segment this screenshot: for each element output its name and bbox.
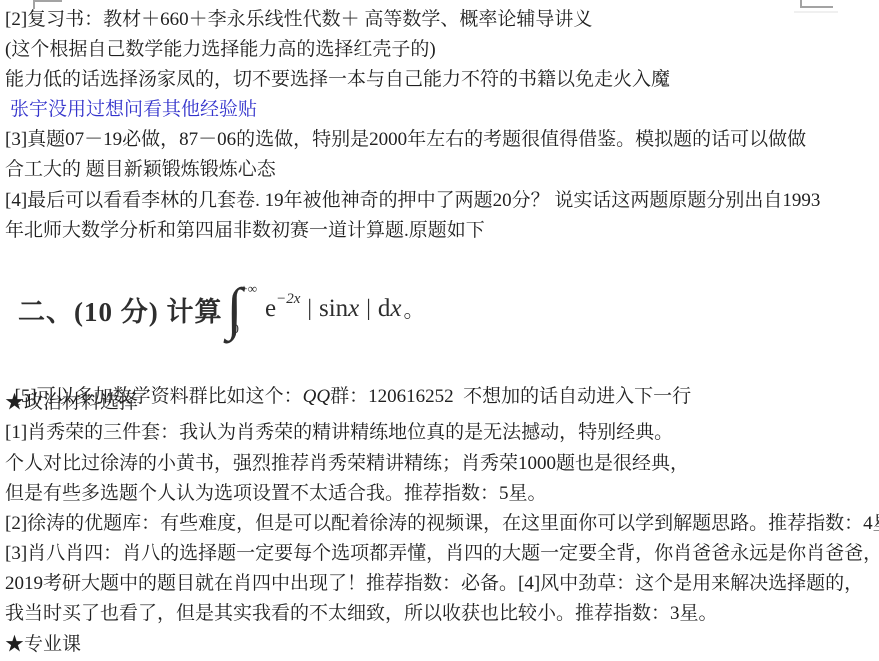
line-xutao-youtiku: [2]徐涛的优题库：有些难度，但是可以配着徐涛的视频课，在这里面你可以学到解题思… — [5, 512, 879, 536]
qq-line-qq: QQ — [303, 386, 330, 407]
section-major-course: ★专业课 — [5, 633, 81, 657]
sin-function: sin — [319, 295, 348, 323]
differential-variable: x — [390, 295, 401, 323]
integral-group: ∫ +∞ 0 — [226, 281, 257, 337]
section-politics-materials: ★政治材料选择 — [5, 391, 138, 415]
qq-line-post: 群：120616252 不想加的话自动进入下一行 — [330, 386, 691, 407]
math-formula-image: 二、(10 分) 计算 ∫ +∞ 0 e−2x | sinx | dx 。 — [18, 278, 425, 340]
link-zhangyu-experience[interactable]: 张宇没用过想问看其他经验贴 — [10, 98, 257, 122]
line-ability-advice: 能力低的话选择汤家凤的，切不要选择一本与自己能力不符的书籍以免走火入魔 — [5, 68, 670, 92]
line-lilin-papers: [4]最后可以看看李林的几套卷. 19年被他神奇的押中了两题20分？ 说实话这两… — [5, 189, 820, 213]
sin-variable: x — [348, 295, 359, 323]
abs-bar-right: | — [366, 295, 371, 321]
integral-limits: +∞ 0 — [240, 281, 257, 337]
textbox-corner-mark-right — [800, 0, 833, 8]
integral-upper-limit: +∞ — [240, 281, 257, 297]
faint-frame-line — [794, 11, 838, 13]
integrand-e: e — [265, 295, 276, 323]
differential-d: d — [378, 295, 391, 323]
integrand-exponent: −2x — [276, 291, 300, 308]
line-past-papers: [3]真题07－19必做，87－06的选做，特别是2000年左右的考题很值得借鉴… — [5, 128, 806, 152]
formula-period: 。 — [404, 294, 425, 324]
formula-problem-label: 二、(10 分) 计算 — [18, 290, 222, 329]
line-math-review-books: [2]复习书：教材＋660＋李永乐线性代数＋ 高等数学、概率论辅导讲义 — [5, 8, 592, 32]
line-fengzhongjincao-review: 我当时买了也看了，但是其实我看的不太细致，所以收获也比较小。推荐指数：3星。 — [5, 602, 718, 626]
line-xiaoxiurong-set: [1]肖秀荣的三件套：我认为肖秀荣的精讲精练地位真的是无法撼动，特别经典。 — [5, 421, 673, 445]
line-2019-fengzhongjincao: 2019考研大题中的题目就在肖四中出现了！推荐指数：必备。[4]风中劲草：这个是… — [5, 572, 863, 596]
integral-lower-limit: 0 — [232, 321, 257, 337]
formula-fragment-clipped: √x ＋ cosx — [248, 250, 428, 267]
line-origin-sources: 年北师大数学分析和第四届非数初赛一道计算题.原题如下 — [5, 219, 485, 243]
line-multi-choice-note: 但是有些多选题个人认为选项设置不太适合我。推荐指数：5星。 — [5, 482, 547, 506]
line-hgd-mock: 合工大的 题目新颖锻炼锻炼心态 — [5, 158, 276, 182]
abs-bar-left: | — [307, 295, 312, 321]
line-xiaohuangshu-compare: 个人对比过徐涛的小黄书，强烈推荐肖秀荣精讲精练；肖秀荣1000题也是很经典， — [5, 452, 689, 476]
line-xiaoba-xiaosi: [3]肖八肖四：肖八的选择题一定要每个选项都弄懂，肖四的大题一定要全背，你肖爸爸… — [5, 542, 879, 566]
line-note-red-cover: (这个根据自己数学能力选择能力高的选择红壳子的) — [5, 38, 436, 62]
